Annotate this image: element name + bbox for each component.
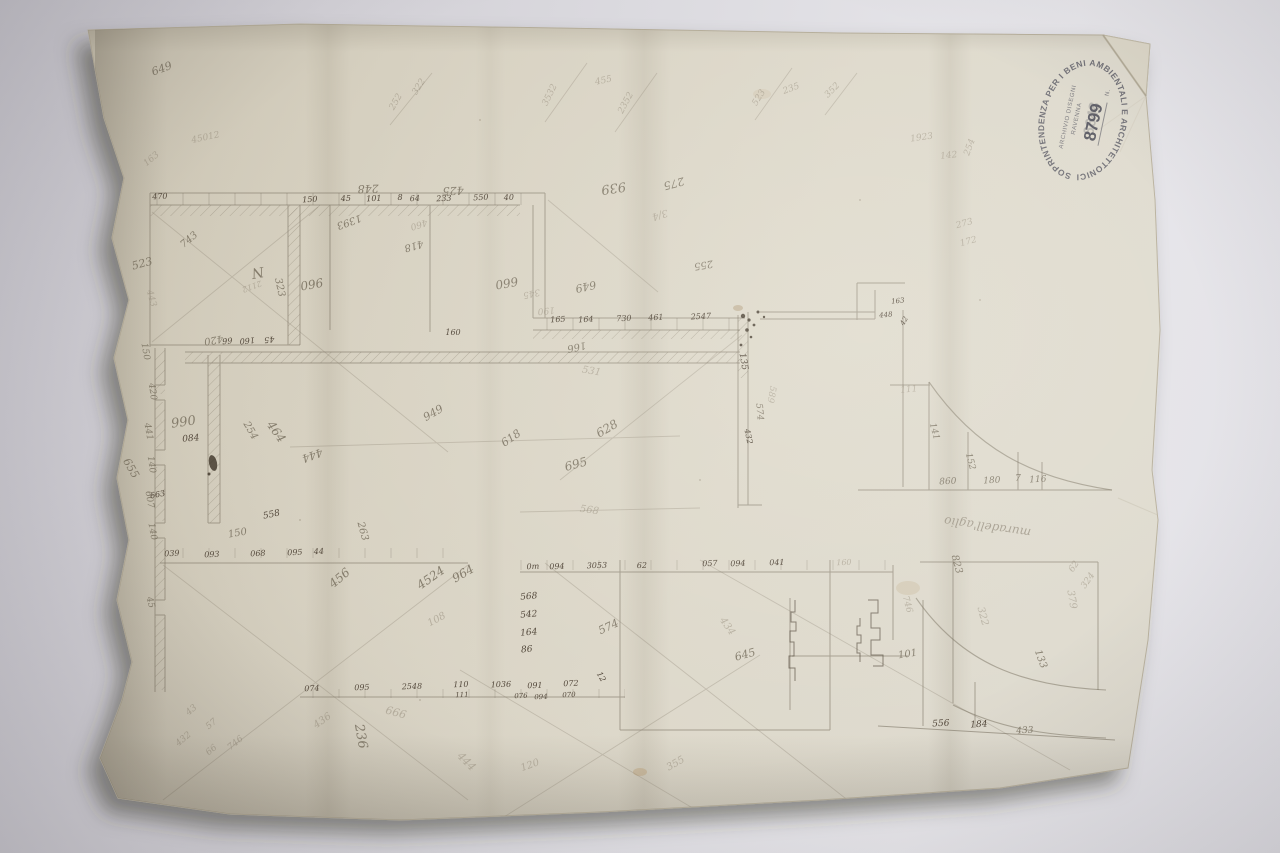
paper-sheet: 6492523223532455235252323535219231424501… — [80, 20, 1170, 848]
paper-surface: 6492523223532455235252323535219231424501… — [80, 20, 1170, 848]
archival-drawing-photo: 6492523223532455235252323535219231424501… — [0, 0, 1280, 853]
lighting-overlay — [80, 20, 1170, 835]
photo-scene: 6492523223532455235252323535219231424501… — [0, 0, 1280, 853]
